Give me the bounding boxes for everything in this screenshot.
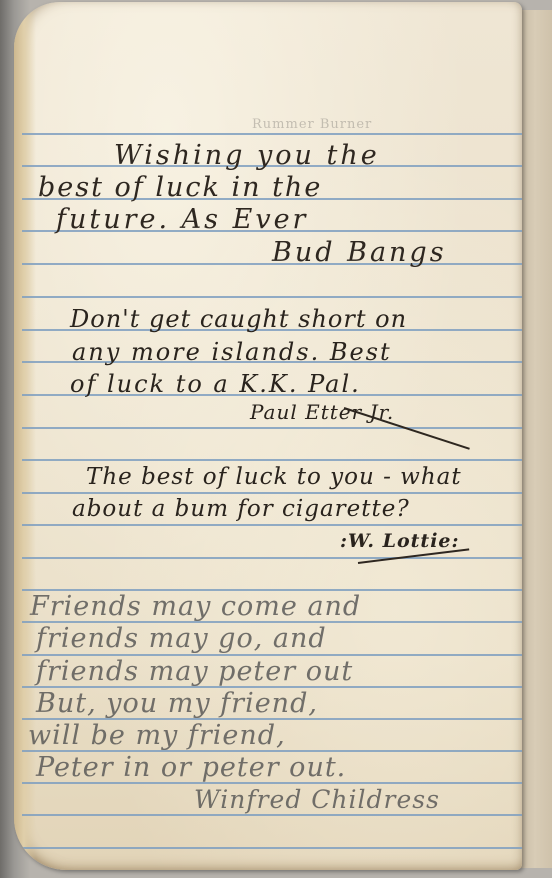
entry-line: friends may peter out (36, 656, 353, 687)
entry-line: Friends may come and (30, 591, 361, 622)
signature: Bud Bangs (272, 237, 447, 268)
show-through-text: Rummer Burner (252, 117, 372, 132)
entry-line: will be my friend, (28, 720, 286, 751)
entry-line: But, you my friend, (36, 688, 318, 719)
ruled-line (22, 492, 522, 494)
entry-line: The best of luck to you - what (86, 464, 462, 490)
entry-line: friends may go, and (36, 623, 327, 654)
ruled-line (22, 814, 522, 816)
signature: :W. Lottie: (340, 530, 460, 552)
entry-line: best of luck in the (38, 172, 322, 203)
notebook-page: Rummer Burner Wishing you the best of lu… (14, 2, 522, 870)
ruled-line (22, 459, 522, 461)
entry-line: any more islands. Best (72, 338, 392, 366)
ruled-line (22, 557, 522, 559)
entry-line: future. As Ever (56, 204, 308, 235)
ruled-line (22, 133, 522, 135)
entry-line: Wishing you the (114, 140, 380, 171)
ruled-line (22, 427, 522, 429)
ruled-line (22, 296, 522, 298)
ruled-line (22, 847, 522, 849)
ruled-line (22, 524, 522, 526)
entry-line: Peter in or peter out. (36, 752, 346, 783)
entry-line: about a bum for cigarette? (72, 496, 410, 522)
signature: Winfred Childress (194, 785, 440, 814)
entry-line: of luck to a K.K. Pal. (70, 370, 361, 398)
signature: Paul Etter Jr. (250, 400, 394, 424)
entry-line: Don't get caught short on (70, 305, 407, 333)
